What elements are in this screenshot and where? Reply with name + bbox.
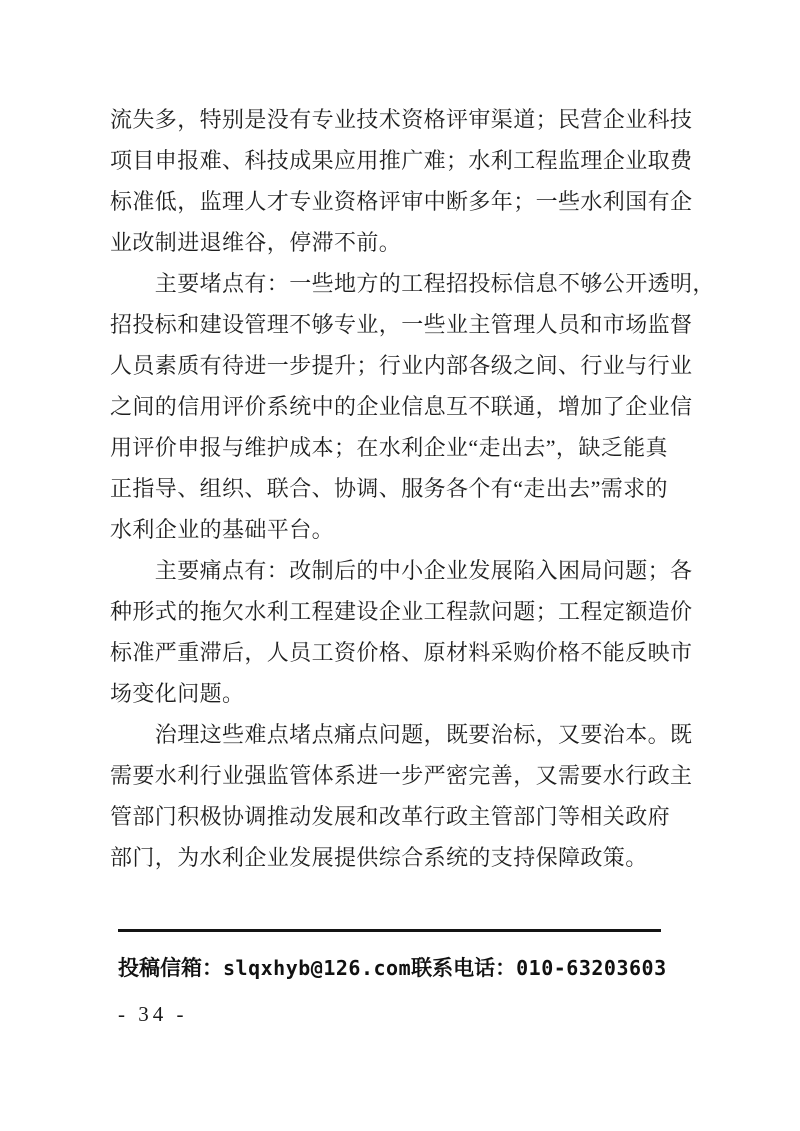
text-line: 场变化问题。	[110, 673, 690, 714]
submission-mailbox: 投稿信箱： slqxhyb@126.com	[118, 952, 411, 982]
text-line: 用评价申报与维护成本；在水利企业“走出去”，缺乏能真	[110, 427, 690, 468]
text-line: 主要痛点有：改制后的中小企业发展陷入困局问题；各	[110, 550, 690, 591]
text-line: 招投标和建设管理不够专业，一些业主管理人员和市场监督	[110, 304, 690, 345]
text-line: 管部门积极协调推动发展和改革行政主管部门等相关政府	[110, 796, 690, 837]
text-line: 主要堵点有：一些地方的工程招投标信息不够公开透明，	[110, 263, 690, 304]
submission-mailbox-label: 投稿信箱：	[118, 952, 223, 982]
text-line: 治理这些难点堵点痛点问题，既要治标，又要治本。既	[110, 714, 690, 755]
contact-phone-label: 联系电话：	[411, 952, 516, 982]
text-line: 标准严重滞后，人员工资价格、原材料采购价格不能反映市	[110, 632, 690, 673]
footer-rule	[118, 929, 661, 932]
text-line: 种形式的拖欠水利工程建设企业工程款问题；工程定额造价	[110, 591, 690, 632]
contact-phone-number: 010-63203603	[516, 956, 667, 980]
text-line: 之间的信用评价系统中的企业信息互不联通，增加了企业信	[110, 386, 690, 427]
text-line: 正指导、组织、联合、协调、服务各个有“走出去”需求的	[110, 468, 690, 509]
text-line: 业改制进退维谷，停滞不前。	[110, 222, 690, 263]
text-line: 需要水利行业强监管体系进一步严密完善，又需要水行政主	[110, 755, 690, 796]
text-line: 项目申报难、科技成果应用推广难；水利工程监理企业取费	[110, 140, 690, 181]
page-number: - 34 -	[118, 1002, 188, 1027]
contact-phone-group: 联系电话： 010-63203603	[411, 952, 667, 982]
text-line: 部门，为水利企业发展提供综合系统的支持保障政策。	[110, 837, 690, 878]
text-line: 水利企业的基础平台。	[110, 509, 690, 550]
submission-email: slqxhyb@126.com	[223, 956, 411, 980]
text-line: 人员素质有待进一步提升；行业内部各级之间、行业与行业	[110, 345, 690, 386]
text-line: 流失多，特别是没有专业技术资格评审渠道；民营企业科技	[110, 99, 690, 140]
body-text: 流失多，特别是没有专业技术资格评审渠道；民营企业科技项目申报难、科技成果应用推广…	[110, 99, 690, 878]
document-page: 流失多，特别是没有专业技术资格评审渠道；民营企业科技项目申报难、科技成果应用推广…	[0, 0, 800, 1131]
text-line: 标准低，监理人才专业资格评审中断多年；一些水利国有企	[110, 181, 690, 222]
footer-contacts: 投稿信箱： slqxhyb@126.com 联系电话： 010-63203603	[118, 952, 663, 982]
